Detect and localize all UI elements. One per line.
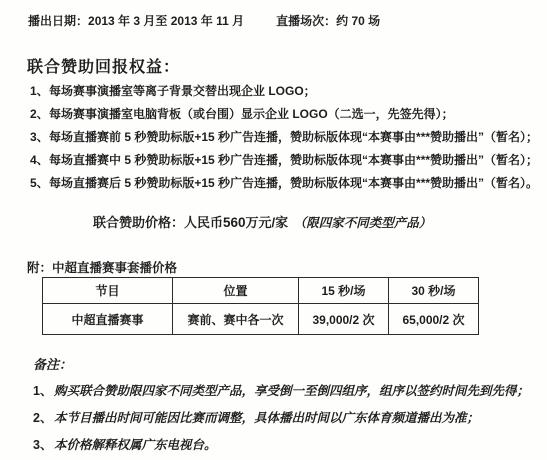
table-header-position: 位置	[173, 278, 299, 304]
remark-item-2-text: 本节目播出时间可能因比赛而调整，具体播出时间以广东体育频道播出为准；	[54, 411, 479, 425]
price-suffix: 万元/家	[246, 215, 292, 230]
broadcast-info-line: 播出日期：2013 年 3 月至 2013 年 11 月直播场次：约 70 场	[28, 12, 380, 29]
remark-item-1-number: 1、	[33, 381, 54, 399]
table-header-15s: 15 秒/场	[299, 278, 389, 304]
benefit-item-3-number: 3、	[30, 128, 49, 145]
benefit-item-2-number: 2、	[30, 105, 49, 122]
remark-item-3-text: 本价格解释权属广东电视台。	[54, 438, 217, 452]
benefit-item-4: 4、每场直播赛中 5 秒赞助标版+15 秒广告连播，赞助标版体现“本赛事由***…	[30, 151, 538, 168]
remark-item-3-number: 3、	[33, 435, 54, 453]
document-page: 播出日期：2013 年 3 月至 2013 年 11 月直播场次：约 70 场 …	[0, 0, 547, 460]
price-restriction-note: （限四家不同类型产品）	[294, 216, 432, 230]
table-cell-position: 赛前、赛中各一次	[173, 304, 299, 335]
table-header-program: 节目	[43, 278, 173, 304]
table-header-row: 节目 位置 15 秒/场 30 秒/场	[43, 278, 479, 304]
attachment-title: 附：中超直播赛事套播价格	[27, 258, 177, 276]
broadcast-sessions-label: 直播场次：	[276, 14, 336, 28]
table-cell-program: 中超直播赛事	[43, 304, 173, 335]
remark-item-2: 2、本节目播出时间可能因比赛而调整，具体播出时间以广东体育频道播出为准；	[33, 408, 479, 426]
benefit-item-4-text: 每场直播赛中 5 秒赞助标版+15 秒广告连播，赞助标版体现“本赛事由***赞助…	[49, 153, 538, 167]
table-header-30s: 30 秒/场	[389, 278, 479, 304]
table-cell-30s-price: 65,000/2 次	[389, 304, 479, 335]
benefit-item-3-text: 每场直播赛前 5 秒赞助标版+15 秒广告连播，赞助标版体现“本赛事由***赞助…	[49, 130, 538, 144]
benefit-item-4-number: 4、	[30, 151, 49, 168]
benefit-item-5-text: 每场直播赛后 5 秒赞助标版+15 秒广告连播，赞助标版体现“本赛事由***赞助…	[49, 176, 538, 190]
remark-item-2-number: 2、	[33, 408, 54, 426]
remarks-section-title: 备注：	[33, 354, 72, 373]
benefit-item-5: 5、每场直播赛后 5 秒赞助标版+15 秒广告连播，赞助标版体现“本赛事由***…	[30, 174, 538, 191]
broadcast-sessions-value: 约 70 场	[336, 14, 380, 28]
benefit-item-1-number: 1、	[30, 82, 49, 99]
table-row: 中超直播赛事 赛前、赛中各一次 39,000/2 次 65,000/2 次	[43, 304, 479, 335]
table-cell-15s-price: 39,000/2 次	[299, 304, 389, 335]
remark-item-1: 1、购买联合赞助限四家不同类型产品，享受倒一至倒四组序，组序以签约时间先到先得；	[33, 381, 529, 399]
benefit-item-2-text: 每场赛事演播室电脑背板（或台围）显示企业 LOGO（二选一，先签先得）；	[49, 107, 454, 121]
benefit-item-1-text: 每场赛事演播室等离子背景交替出现企业 LOGO；	[49, 84, 316, 98]
benefit-item-5-number: 5、	[30, 174, 49, 191]
broadcast-date-value: 2013 年 3 月至 2013 年 11 月	[88, 14, 244, 28]
benefit-item-2: 2、每场赛事演播室电脑背板（或台围）显示企业 LOGO（二选一，先签先得）；	[30, 105, 454, 122]
remark-item-3: 3、本价格解释权属广东电视台。	[33, 435, 217, 453]
broadcast-date-label: 播出日期：	[28, 14, 88, 28]
benefit-item-3: 3、每场直播赛前 5 秒赞助标版+15 秒广告连播，赞助标版体现“本赛事由***…	[30, 128, 538, 145]
benefits-section-title: 联合赞助回报权益：	[27, 54, 180, 77]
remark-item-1-text: 购买联合赞助限四家不同类型产品，享受倒一至倒四组序，组序以签约时间先到先得；	[54, 384, 529, 398]
price-prefix: 联合赞助价格：人民币	[93, 215, 223, 230]
package-price-table: 节目 位置 15 秒/场 30 秒/场 中超直播赛事 赛前、赛中各一次 39,0…	[42, 277, 479, 335]
sponsorship-price-line: 联合赞助价格：人民币560万元/家 （限四家不同类型产品）	[93, 212, 431, 231]
benefit-item-1: 1、每场赛事演播室等离子背景交替出现企业 LOGO；	[30, 82, 316, 99]
price-amount: 560	[223, 215, 246, 230]
